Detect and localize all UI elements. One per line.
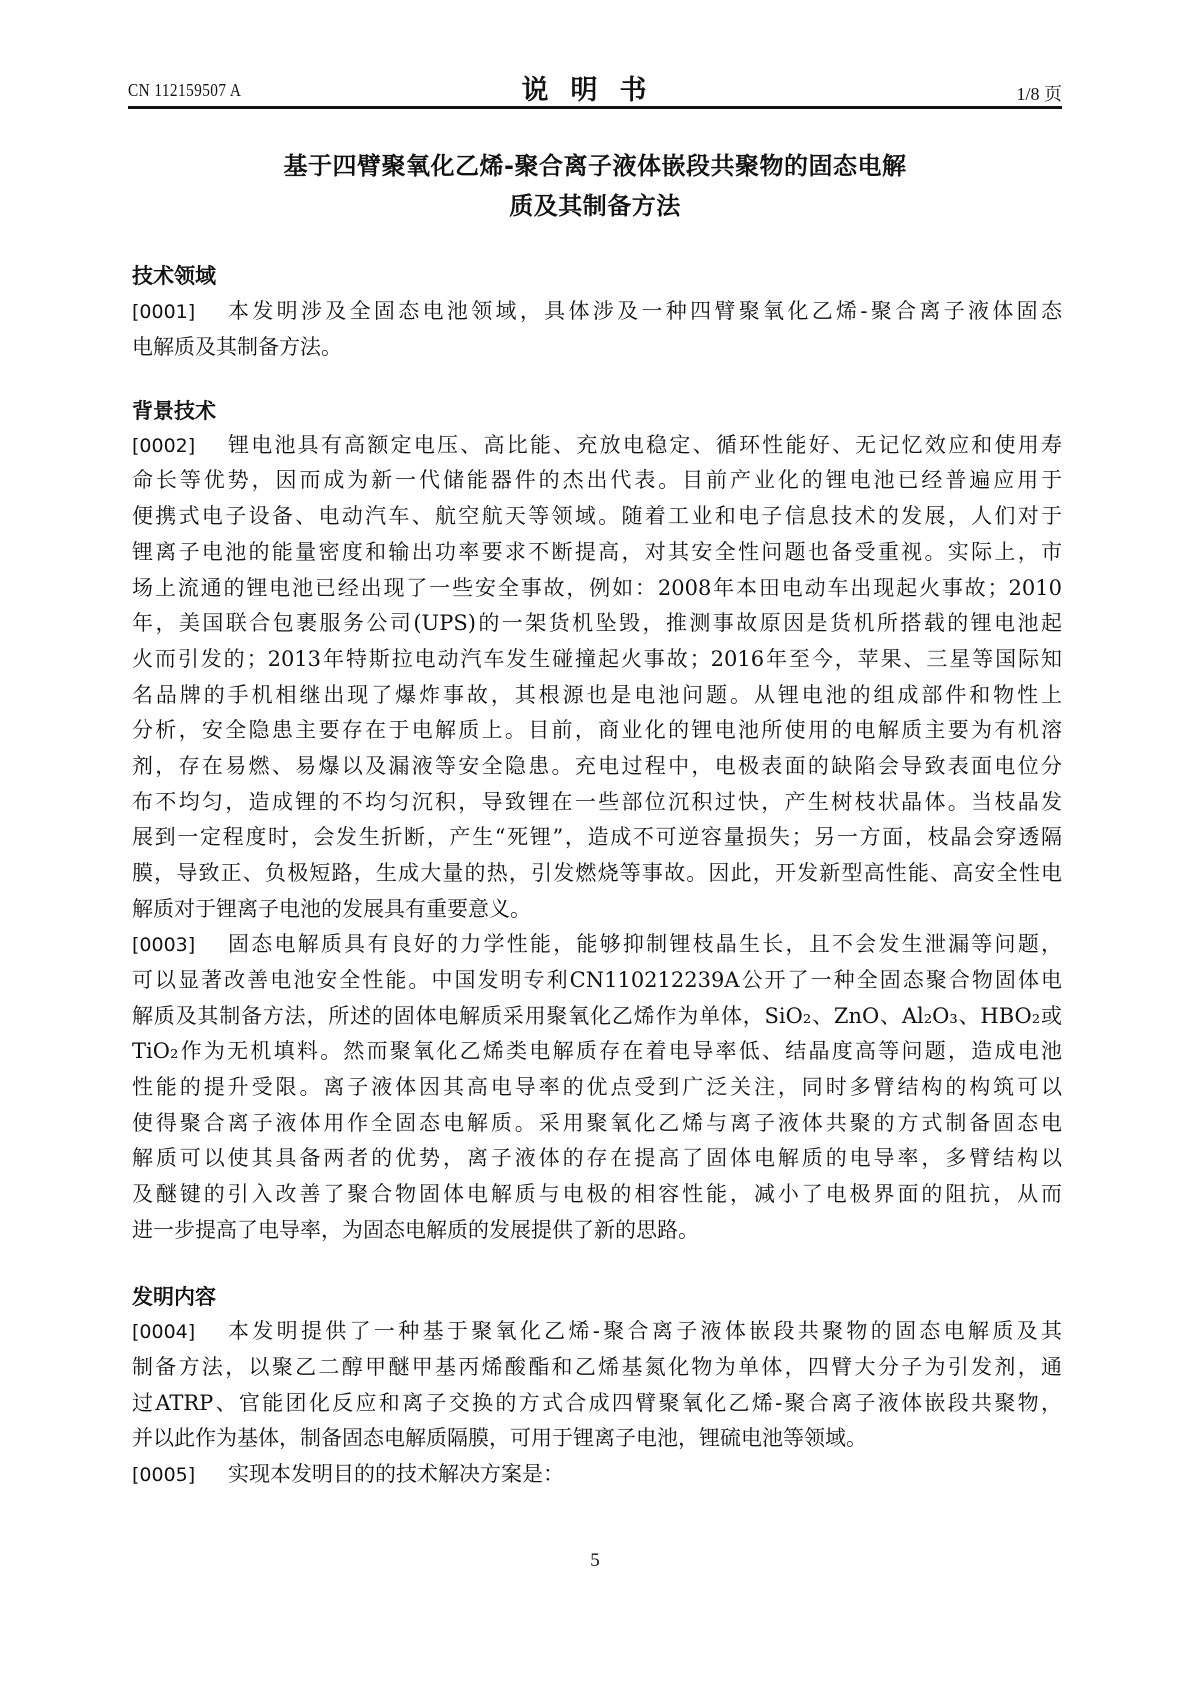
paragraph-line: [0003]固态电解质具有良好的力学性能，能够抑制锂枝晶生长，且不会发生泄漏等问… — [132, 930, 1062, 959]
paragraph-line: 使得聚合离子液体用作全固态电解质。采用聚氧化乙烯与离子液体共聚的方式制备固态电 — [132, 1109, 1062, 1137]
paragraph-line: 分析，安全隐患主要存在于电解质上。目前，商业化的锂电池所使用的电解质主要为有机溶 — [132, 716, 1062, 744]
paragraph-line: TiO₂作为无机填料。然而聚氧化乙烯类电解质存在着电导率低、结晶度高等问题，造成… — [132, 1037, 1062, 1065]
document-type-title: 说明书 — [0, 68, 1190, 107]
paragraph-line: 并以此作为基体，制备固态电解质隔膜，可用于锂离子电池，锂硫电池等领域。 — [132, 1424, 1062, 1452]
paragraph-line: 便携式电子设备、电动汽车、航空航天等领域。随着工业和电子信息技术的发展，人们对于 — [132, 502, 1062, 530]
page-number: 5 — [0, 1550, 1190, 1572]
paragraph-line: [0004]本发明提供了一种基于聚氧化乙烯-聚合离子液体嵌段共聚物的固态电解质及… — [132, 1317, 1062, 1346]
paragraph-number: [0002] — [132, 432, 228, 460]
paragraph-line: 年，美国联合包裹服务公司(UPS)的一架货机坠毁，推测事故原因是货机所搭载的锂电… — [132, 609, 1062, 637]
paragraph-number: [0005] — [132, 1461, 228, 1489]
paragraph-line: 命长等优势，因而成为新一代储能器件的杰出代表。目前产业化的锂电池已经普遍应用于 — [132, 466, 1062, 494]
paragraph-line: 及醚键的引入改善了聚合物固体电解质与电极的相容性能，减小了电极界面的阻抗，从而 — [132, 1180, 1062, 1208]
section-heading-background: 背景技术 — [132, 395, 216, 425]
paragraph-line: 制备方法，以聚乙二醇甲醚甲基丙烯酸酯和乙烯基氮化物为单体，四臂大分子为引发剂，通 — [132, 1353, 1062, 1381]
paragraph-number: [0003] — [132, 931, 228, 959]
paragraph-line: 进一步提高了电导率，为固态电解质的发展提供了新的思路。 — [132, 1216, 1062, 1244]
paragraph-number: [0004] — [132, 1318, 228, 1346]
paragraph-line: 解质对于锂离子电池的发展具有重要意义。 — [132, 895, 1062, 923]
header-divider — [128, 106, 1062, 109]
paragraph-line: 锂离子电池的能量密度和输出功率要求不断提高，对其安全性问题也备受重视。实际上，市 — [132, 538, 1062, 566]
document-title-line-2: 质及其制备方法 — [0, 186, 1190, 221]
paragraph-line: 膜，导致正、负极短路，生成大量的热，引发燃烧等事故。因此，开发新型高性能、高安全… — [132, 859, 1062, 887]
paragraph-line: 场上流通的锂电池已经出现了一些安全事故，例如：2008年本田电动车出现起火事故；… — [132, 574, 1062, 602]
paragraph-line: 名品牌的手机相继出现了爆炸事故，其根源也是电池问题。从锂电池的组成部件和物性上 — [132, 681, 1062, 709]
paragraph-line: 布不均匀，造成锂的不均匀沉积，导致锂在一些部位沉积过快，产生树枝状晶体。当枝晶发 — [132, 788, 1062, 816]
paragraph-line: [0001]本发明涉及全固态电池领域，具体涉及一种四臂聚氧化乙烯-聚合离子液体固… — [132, 297, 1062, 326]
paragraph-line: 性能的提升受限。离子液体因其高电导率的优点受到广泛关注，同时多臂结构的构筑可以 — [132, 1073, 1062, 1101]
paragraph-line: 火而引发的；2013年特斯拉电动汽车发生碰撞起火事故；2016年至今，苹果、三星… — [132, 645, 1062, 673]
document-title-line-1: 基于四臂聚氧化乙烯-聚合离子液体嵌段共聚物的固态电解 — [0, 146, 1190, 181]
page-indicator: 1/8 页 — [1016, 80, 1062, 106]
paragraph-line: 电解质及其制备方法。 — [132, 333, 1062, 361]
section-heading-summary: 发明内容 — [132, 1281, 216, 1311]
paragraph-number: [0001] — [132, 298, 228, 326]
paragraph-line: [0002]锂电池具有高额定电压、高比能、充放电稳定、循环性能好、无记忆效应和使… — [132, 431, 1062, 460]
section-heading-technical-field: 技术领域 — [132, 260, 216, 290]
paragraph-line: 解质及其制备方法，所述的固体电解质采用聚氧化乙烯作为单体，SiO₂、ZnO、Al… — [132, 1002, 1062, 1030]
paragraph-line: 过ATRP、官能团化反应和离子交换的方式合成四臂聚氧化乙烯-聚合离子液体嵌段共聚… — [132, 1389, 1062, 1417]
paragraph-line: 展到一定程度时，会发生折断，产生“死锂”，造成不可逆容量损失；另一方面，枝晶会穿… — [132, 823, 1062, 851]
paragraph-line: 可以显著改善电池安全性能。中国发明专利CN110212239A公开了一种全固态聚… — [132, 966, 1062, 994]
paragraph-line: 解质可以使其具备两者的优势，离子液体的存在提高了固体电解质的电导率，多臂结构以 — [132, 1144, 1062, 1172]
paragraph-line: [0005]实现本发明目的的技术解决方案是： — [132, 1460, 1062, 1489]
paragraph-line: 剂，存在易燃、易爆以及漏液等安全隐患。充电过程中，电极表面的缺陷会导致表面电位分 — [132, 752, 1062, 780]
